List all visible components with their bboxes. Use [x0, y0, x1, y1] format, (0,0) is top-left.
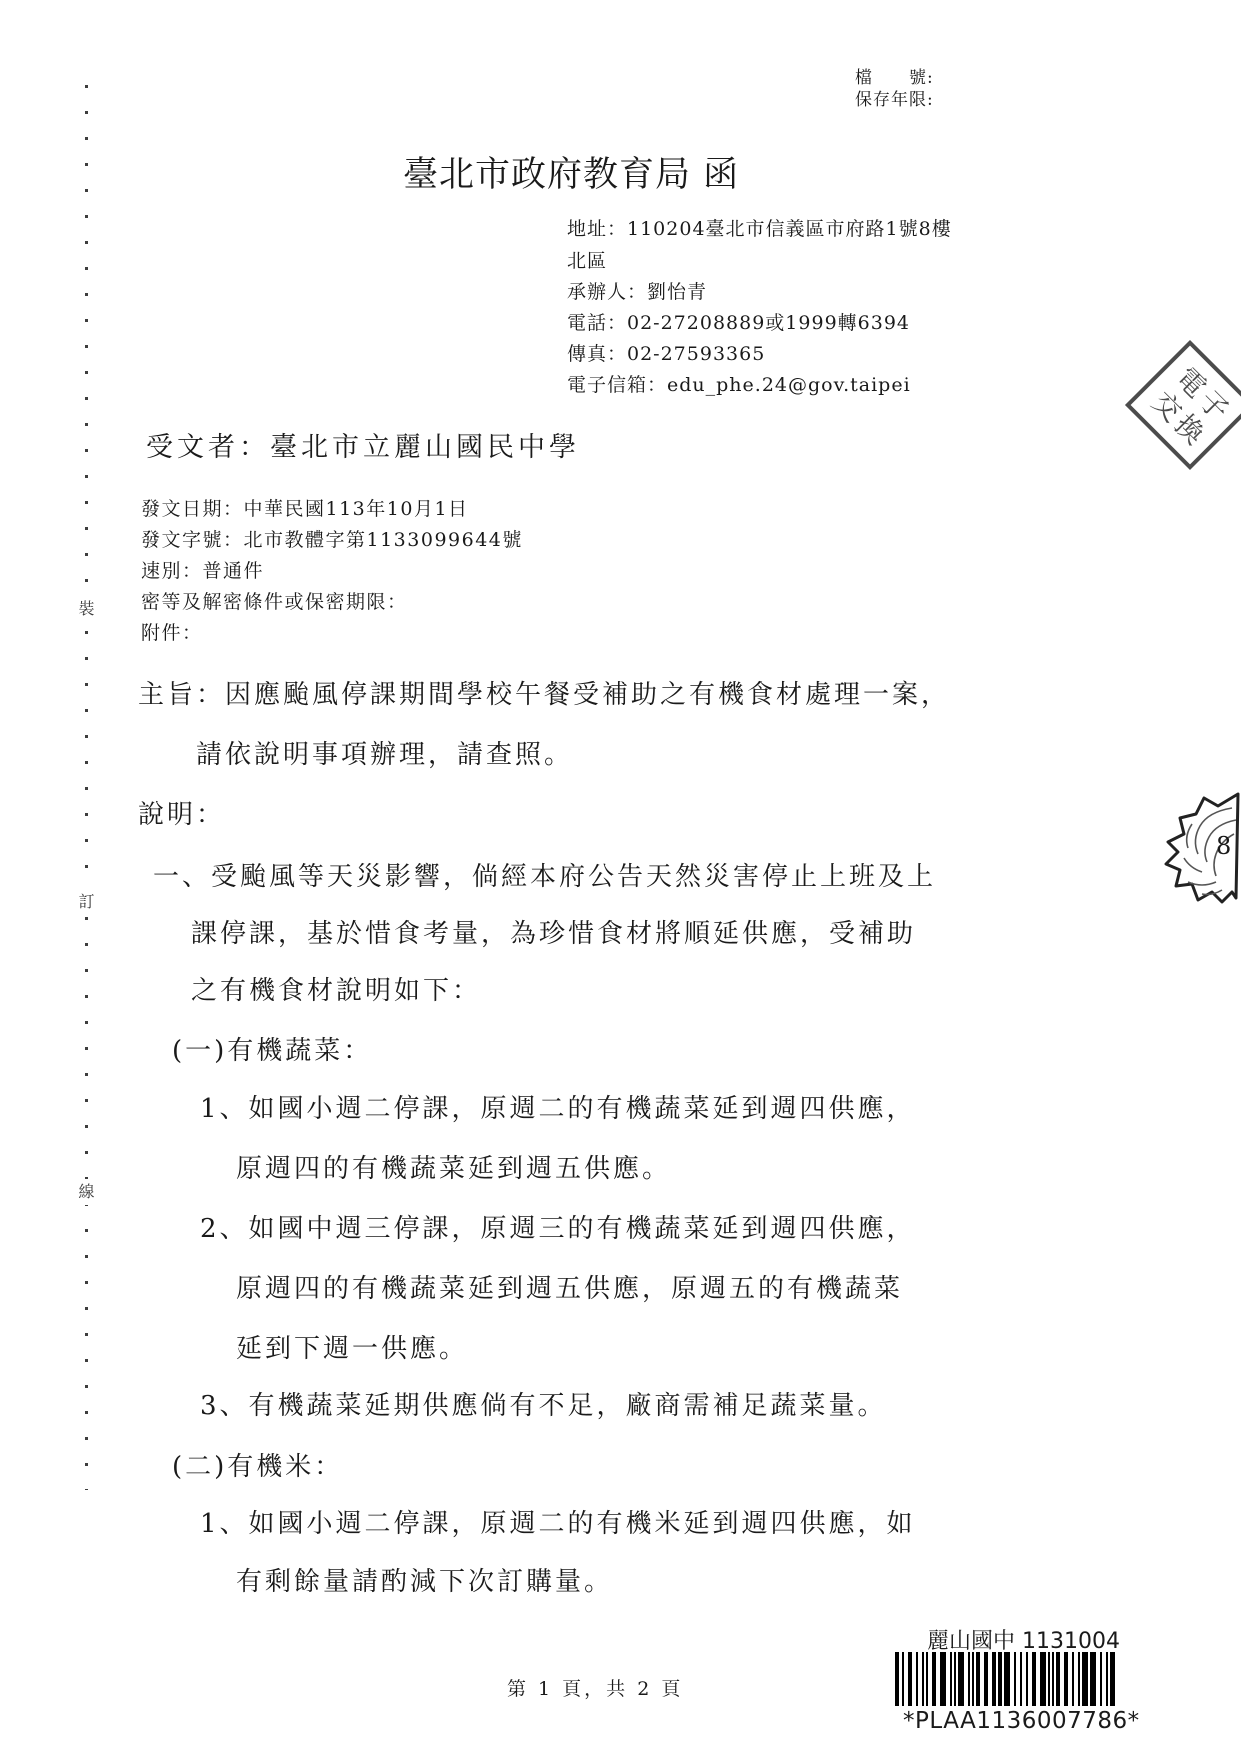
recipient-line: 受文者：臺北市立麗山國民中學 — [146, 434, 580, 461]
barcode — [895, 1652, 1141, 1706]
body-line-4: (一)有機蔬菜： — [172, 1037, 372, 1067]
retention-label: 保存年限: — [855, 92, 934, 109]
body-line-8: 原週四的有機蔬菜延到週五供應，原週五的有機蔬菜 — [236, 1275, 903, 1305]
body-line-1: 一、受颱風等天災影響，倘經本府公告天然災害停止上班及上 — [153, 863, 936, 893]
official-letter-page: 檔 號: 保存年限: 臺北市政府教育局 函 地址：110204臺北市信義區市府路… — [0, 0, 1241, 1754]
school-stamp-text: 麗山國中 1131004 — [927, 1624, 1120, 1655]
body-line-2: 課停課，基於惜食考量，為珍惜食材將順延供應，受補助 — [191, 920, 916, 950]
sender-email: 電子信箱：edu_phe.24@gov.taipei — [567, 376, 911, 395]
body-line-5: 1、如國小週二停課，原週二的有機蔬菜延到週四供應， — [200, 1095, 916, 1125]
doc-number: 發文字號：北市教體字第1133099644號 — [141, 531, 523, 550]
subject-line-1: 主旨：因應颱風停課期間學校午餐受補助之有機食材處理一案， — [138, 681, 950, 711]
binding-char-ding: 訂 — [77, 889, 96, 915]
body-line-13: 有剩餘量請酌減下次訂購量。 — [236, 1568, 613, 1598]
body-line-10: 3、有機蔬菜延期供應倘有不足，廠商需補足蔬菜量。 — [200, 1392, 887, 1422]
electronic-exchange-stamp: 電子 交換 — [1112, 328, 1241, 493]
explanation-heading: 說明： — [138, 801, 225, 831]
sender-district: 北區 — [567, 252, 607, 271]
page-title: 臺北市政府教育局 函 — [403, 156, 739, 195]
barcode-text: *PLAA1136007786* — [903, 1708, 1140, 1734]
sender-contact: 承辦人：劉怡青 — [567, 283, 707, 302]
seal-number: 8 — [1216, 832, 1231, 860]
body-line-3: 之有機食材說明如下： — [191, 977, 481, 1007]
sender-phone: 電話：02-27208889或1999轉6394 — [567, 314, 910, 333]
binding-char-xian: 線 — [77, 1179, 96, 1205]
sender-fax: 傳真：02-27593365 — [567, 345, 765, 364]
partial-seal-stamp: 8 — [1150, 788, 1241, 908]
body-line-11: (二)有機米： — [172, 1453, 343, 1483]
subject-line-2: 請依說明事項辦理，請查照。 — [196, 741, 573, 771]
file-number-label: 檔 號: — [855, 70, 934, 87]
body-line-12: 1、如國小週二停課，原週二的有機米延到週四供應，如 — [200, 1510, 916, 1540]
body-line-6: 原週四的有機蔬菜延到週五供應。 — [236, 1155, 671, 1185]
body-line-7: 2、如國中週三停課，原週三的有機蔬菜延到週四供應， — [200, 1215, 916, 1245]
doc-speed: 速別：普通件 — [141, 562, 264, 581]
binding-dotted-line — [85, 85, 88, 1490]
doc-security: 密等及解密條件或保密期限： — [141, 593, 408, 612]
page-footer: 第 1 頁，共 2 頁 — [507, 1674, 683, 1701]
doc-date: 發文日期：中華民國113年10月1日 — [141, 500, 469, 519]
binding-char-zhuang: 裝 — [77, 596, 96, 622]
sender-address: 地址：110204臺北市信義區市府路1號8樓 — [567, 220, 952, 239]
body-line-9: 延到下週一供應。 — [236, 1335, 468, 1365]
doc-attachment: 附件： — [141, 624, 203, 643]
